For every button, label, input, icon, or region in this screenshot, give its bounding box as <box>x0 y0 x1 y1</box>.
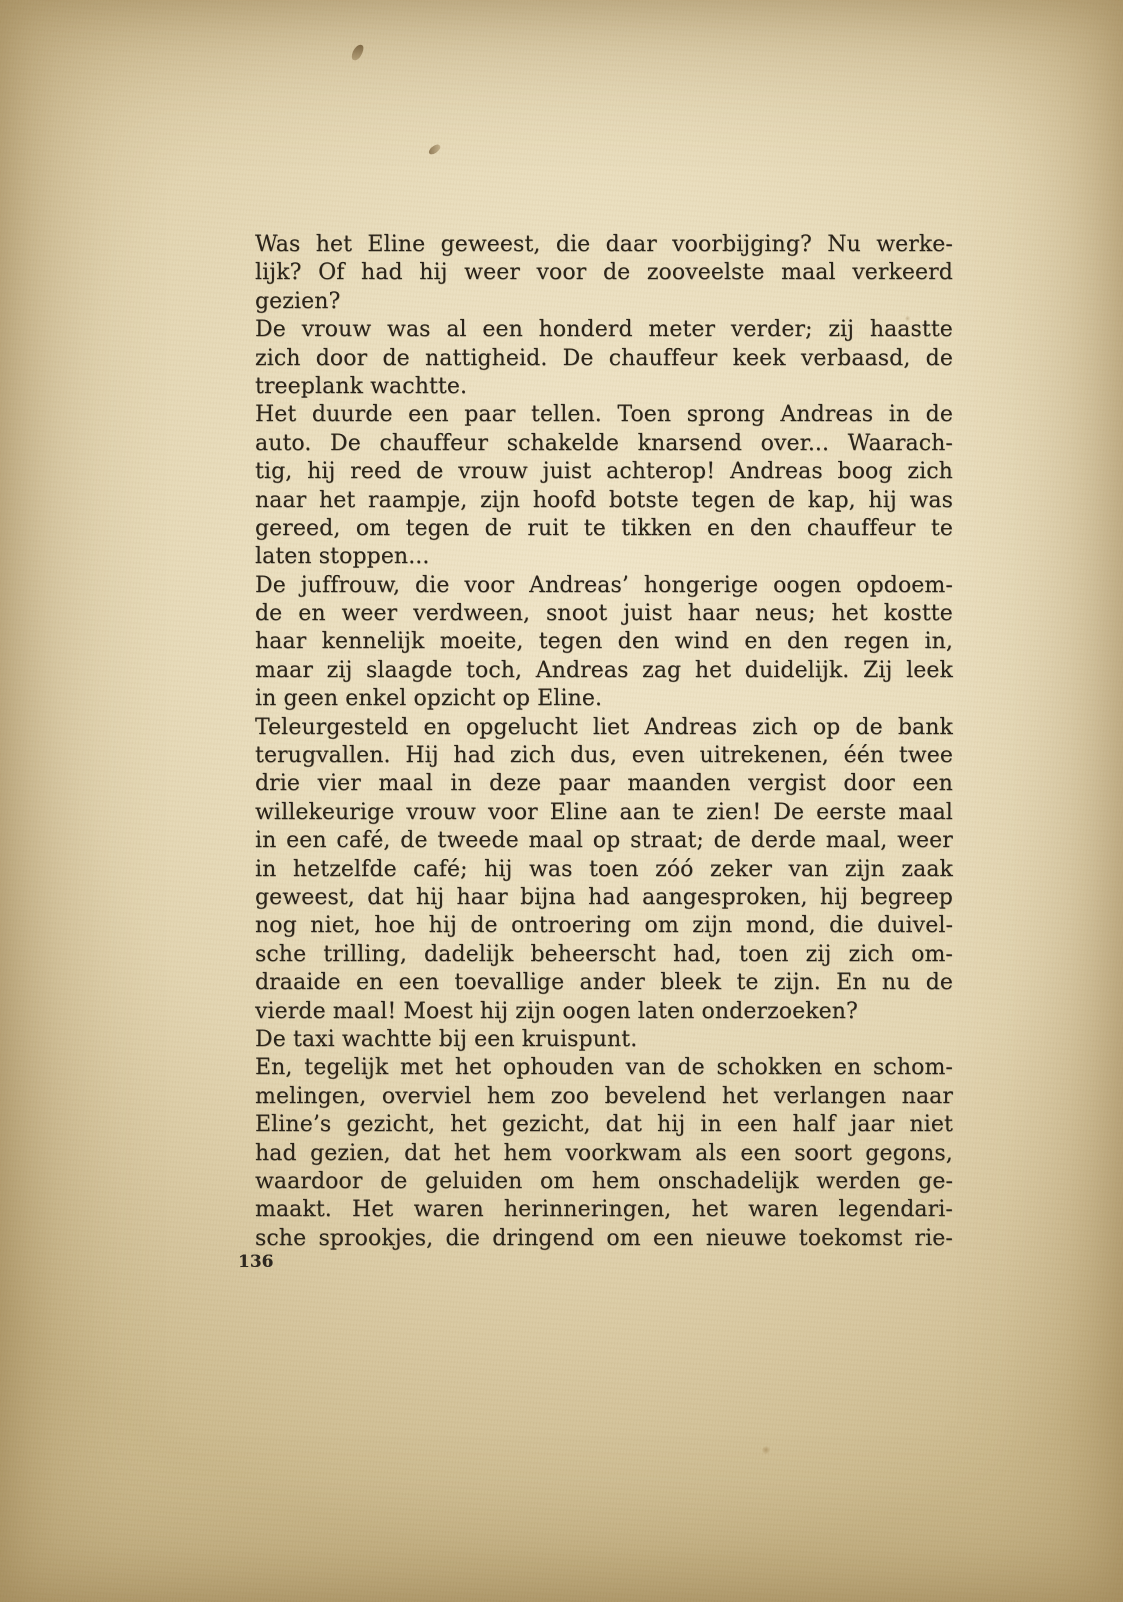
text-line: gereed,omtegenderuittetikkenendenchauffe… <box>255 515 953 543</box>
page-number: 136 <box>238 1252 274 1272</box>
text-line: vierde maal! Moest hij zijn oogen laten … <box>255 998 953 1026</box>
text-line: willekeurigevrouwvoorElineaantezien!Deee… <box>255 799 953 827</box>
text-line: melingen,overvielhemzoobevelendhetverlan… <box>255 1083 953 1111</box>
book-page: WashetElinegeweest,diedaarvoorbijging?Nu… <box>0 0 1123 1602</box>
text-line: WashetElinegeweest,diedaarvoorbijging?Nu… <box>255 231 953 259</box>
text-line: waardoordegeluidenomhemonschadelijkwerde… <box>255 1168 953 1196</box>
text-line: Eline’sgezicht,hetgezicht,dathijineenhal… <box>255 1111 953 1139</box>
text-line: Hetduurdeeenpaartellen.ToensprongAndreas… <box>255 401 953 429</box>
text-line: Devrouwwasaleenhonderdmeterverder;zijhaa… <box>255 316 953 344</box>
text-line: tig,hijreeddevrouwjuistachterop!Andreasb… <box>255 458 953 486</box>
body-text: WashetElinegeweest,diedaarvoorbijging?Nu… <box>255 231 953 1253</box>
text-line: hadgezien,dathethemvoorkwamalseensoortge… <box>255 1140 953 1168</box>
text-line: maakt.Hetwarenherinneringen,hetwarenlege… <box>255 1196 953 1224</box>
text-line: treeplank wachtte. <box>255 373 953 401</box>
text-line: schesprookjes,diedringendomeennieuwetoek… <box>255 1225 953 1253</box>
text-line: lijk?Ofhadhijweervoordezooveelstemaalver… <box>255 259 953 287</box>
text-line: ineencafé,detweedemaalopstraat;dederdema… <box>255 827 953 855</box>
text-line: En,tegelijkmethetophoudenvandeschokkenen… <box>255 1054 953 1082</box>
text-line: geweest,dathijhaarbijnahadaangesproken,h… <box>255 884 953 912</box>
text-line: haarkennelijkmoeite,tegendenwindendenreg… <box>255 628 953 656</box>
text-line: nogniet,hoehijdeontroeringomzijnmond,die… <box>255 912 953 940</box>
text-line: zichdoordenattigheid.Dechauffeurkeekverb… <box>255 345 953 373</box>
text-line: draaideeneentoevalligeanderbleektezijn.E… <box>255 969 953 997</box>
text-line: De taxi wachtte bij een kruispunt. <box>255 1026 953 1054</box>
text-line: deenweerverdween,snootjuisthaarneus;hetk… <box>255 600 953 628</box>
text-line: gezien? <box>255 288 953 316</box>
text-line: terugvallen.Hijhadzichdus,evenuitrekenen… <box>255 742 953 770</box>
paper-speck <box>350 43 365 62</box>
text-line: maarzijslaagdetoch,Andreaszaghetduidelij… <box>255 657 953 685</box>
text-line: inhetzelfdecafé;hijwastoenzóózekervanzij… <box>255 856 953 884</box>
text-line: auto.Dechauffeurschakeldeknarsendover...… <box>255 430 953 458</box>
text-line: drieviermaalindezepaarmaandenvergistdoor… <box>255 770 953 798</box>
text-line: Dejuffrouw,dievoorAndreas’hongerigeoogen… <box>255 572 953 600</box>
text-line: TeleurgesteldenopgeluchtlietAndreaszicho… <box>255 714 953 742</box>
paper-speck <box>762 1446 770 1454</box>
text-line: schetrilling,dadelijkbeheerschthad,toenz… <box>255 941 953 969</box>
text-line: naarhetraampje,zijnhoofdbotstetegendekap… <box>255 487 953 515</box>
paper-speck <box>427 143 442 156</box>
text-line: laten stoppen... <box>255 543 953 571</box>
text-line: in geen enkel opzicht op Eline. <box>255 685 953 713</box>
